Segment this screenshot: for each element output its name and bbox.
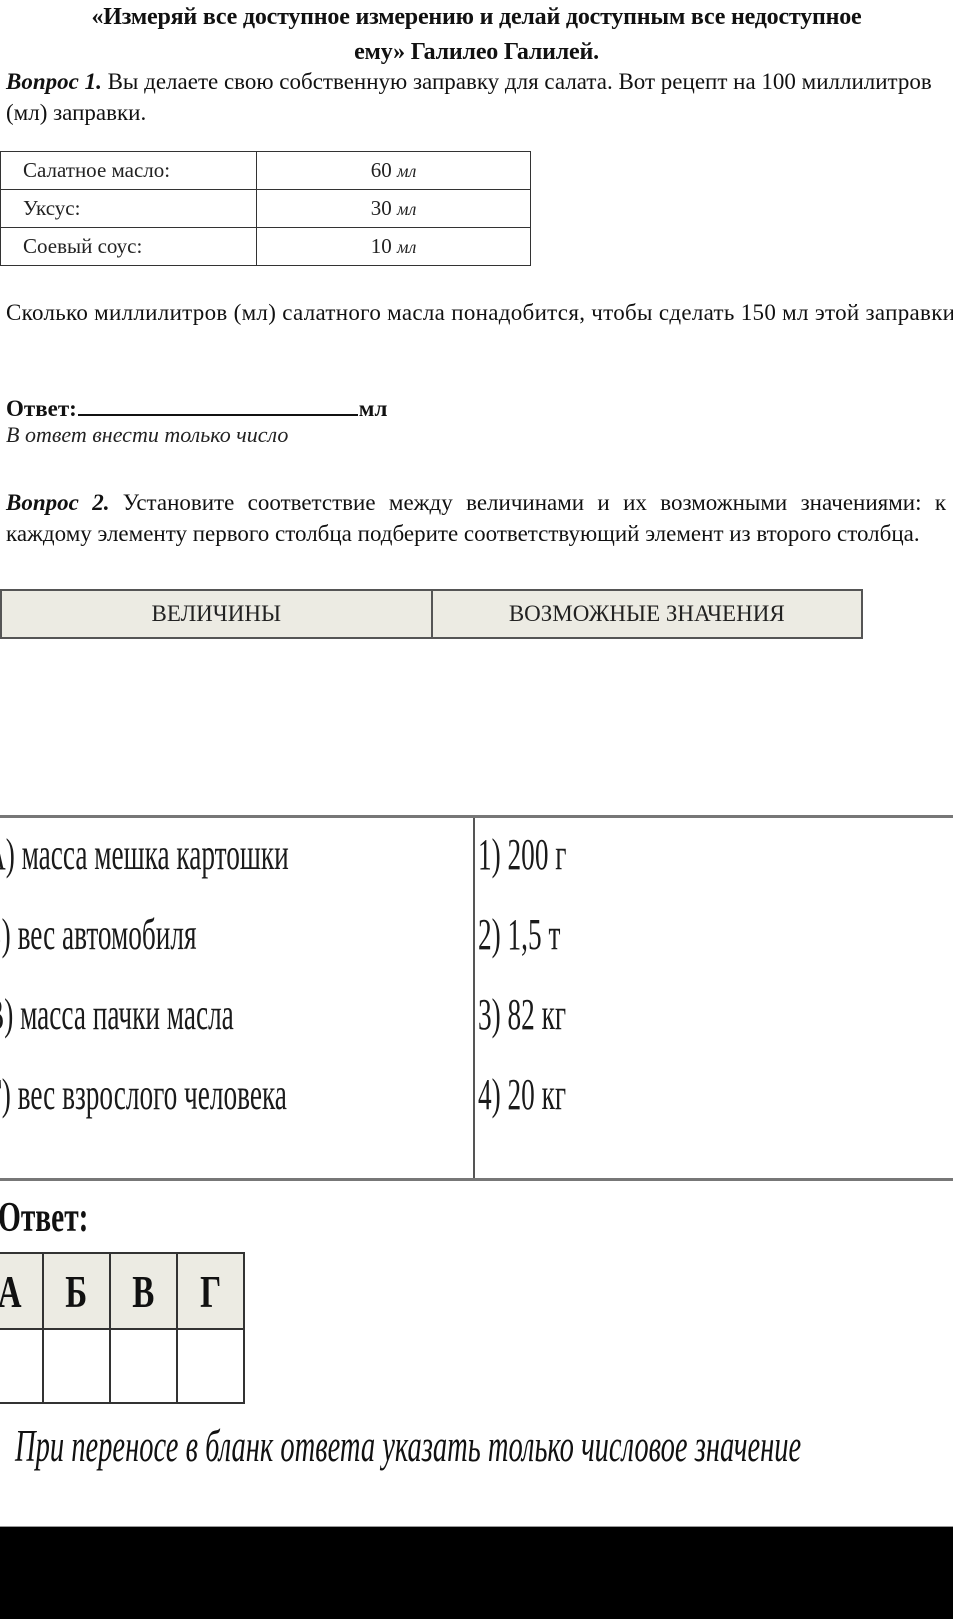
question1-prompt: Сколько миллилитров (мл) салатного масла… [6, 296, 953, 329]
letter-text: А [0, 1265, 21, 1318]
amount-value: 60 [371, 158, 392, 182]
question2-intro: Вопрос 2. Установите соответствие между … [6, 487, 946, 549]
header-quantities: ВЕЛИЧИНЫ [1, 590, 432, 638]
answer-label: Ответ: [6, 396, 77, 421]
quantity-item: А) масса мешка картошки [0, 830, 289, 880]
black-bar [0, 1526, 953, 1619]
amount-value: 10 [371, 234, 392, 258]
footer-note: При переносе в бланк ответа указать толь… [15, 1418, 801, 1474]
recipe-row: Соевый соус:10 мл [1, 228, 531, 266]
question2-answer-label: Ответ: [0, 1193, 88, 1243]
ingredient-name: Салатное масло: [1, 152, 257, 190]
answer-cell-4[interactable] [177, 1329, 244, 1403]
quote-line-1: «Измеряй все доступное измерению и делай… [0, 0, 953, 35]
answer-cell-3[interactable] [110, 1329, 177, 1403]
recipe-row: Салатное масло:60 мл [1, 152, 531, 190]
question1-label: Вопрос 1. [6, 69, 102, 94]
ingredient-name: Соевый соус: [1, 228, 257, 266]
answer-letter-3: В [110, 1253, 177, 1329]
value-item: 4) 20 кг [478, 1070, 566, 1120]
letter-text: Б [66, 1265, 88, 1318]
letter-text: В [132, 1265, 154, 1318]
answer-grid: АБВГ [0, 1252, 245, 1404]
question1-answer-line: Ответ:мл [6, 390, 387, 422]
answer-letter-1: А [0, 1253, 43, 1329]
recipe-row: Уксус:30 мл [1, 190, 531, 228]
column-divider [473, 818, 475, 1178]
matching-header-table: ВЕЛИЧИНЫ ВОЗМОЖНЫЕ ЗНАЧЕНИЯ [0, 589, 863, 639]
answer-unit: мл [359, 396, 388, 421]
quote-line-2: ему» Галилео Галилей. [0, 35, 953, 70]
answer-letter-2: Б [43, 1253, 110, 1329]
amount-value: 30 [371, 196, 392, 220]
answer-letter-4: Г [177, 1253, 244, 1329]
amount-unit: мл [397, 199, 416, 219]
answer-cell-2[interactable] [43, 1329, 110, 1403]
quantity-item: Г) вес взрослого человека [0, 1070, 287, 1120]
recipe-table: Салатное масло:60 млУксус:30 млСоевый со… [0, 151, 531, 266]
question2-intro-text: Установите соответствие между величинами… [6, 490, 946, 546]
amount-unit: мл [397, 237, 416, 257]
matching-table: А) масса мешка картошки1) 200 гБ) вес ав… [0, 815, 953, 1181]
value-item: 1) 200 г [478, 830, 566, 880]
answer-hint: В ответ внести только число [6, 422, 288, 448]
question1-intro-text: Вы делаете свою собственную заправку для… [6, 69, 932, 125]
ingredient-amount: 10 мл [257, 228, 531, 266]
header-values: ВОЗМОЖНЫЕ ЗНАЧЕНИЯ [432, 590, 863, 638]
value-item: 3) 82 кг [478, 990, 566, 1040]
quantity-item: В) масса пачки масла [0, 990, 234, 1040]
answer-input[interactable] [78, 390, 358, 416]
ingredient-amount: 60 мл [257, 152, 531, 190]
question1-intro: Вопрос 1. Вы делаете свою собственную за… [6, 66, 946, 128]
ingredient-name: Уксус: [1, 190, 257, 228]
answer-cell-1[interactable] [0, 1329, 43, 1403]
quantity-item: Б) вес автомобиля [0, 910, 197, 960]
amount-unit: мл [397, 161, 416, 181]
question2-label: Вопрос 2. [6, 490, 109, 515]
letter-text: Г [200, 1265, 221, 1318]
ingredient-amount: 30 мл [257, 190, 531, 228]
epigraph-quote: «Измеряй все доступное измерению и делай… [0, 0, 953, 70]
value-item: 2) 1,5 т [478, 910, 560, 960]
